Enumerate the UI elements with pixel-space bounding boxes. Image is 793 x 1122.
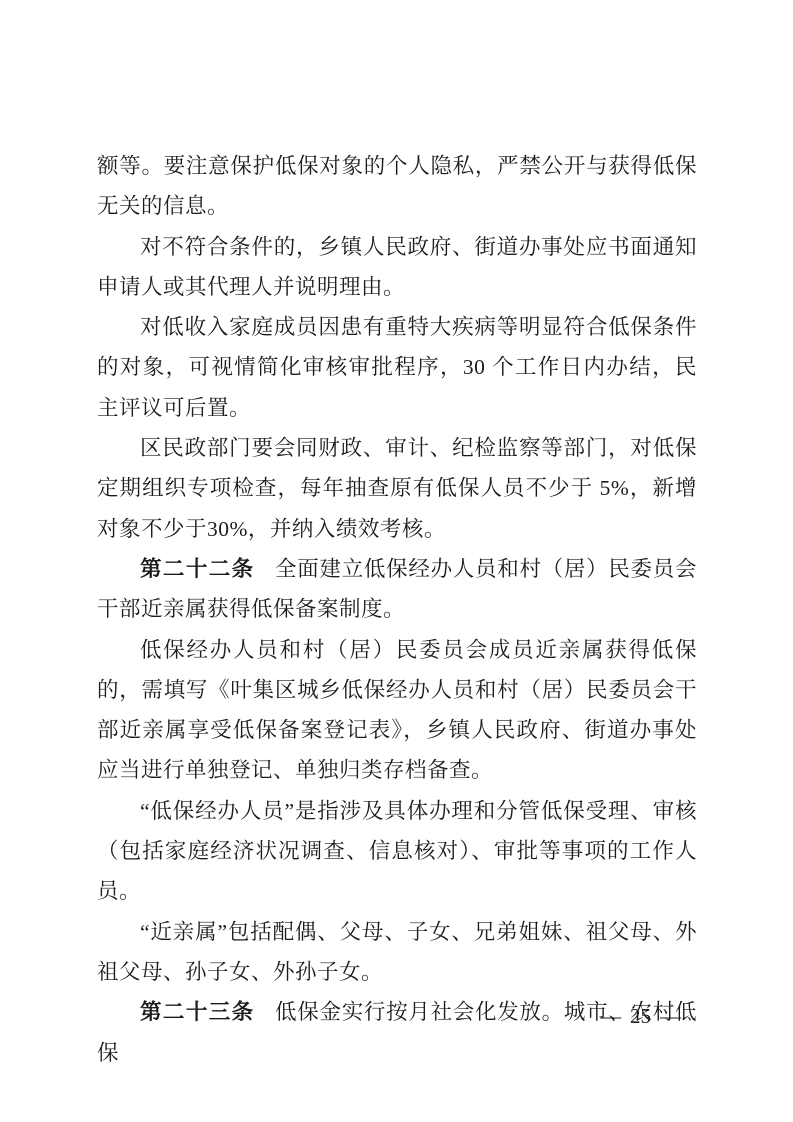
page-number-dash-right: —: [660, 1001, 681, 1031]
paragraph-text: 区民政部门要会同财政、审计、纪检监察等部门，对低保定期组织专项检查，每年抽查原有…: [97, 436, 697, 541]
paragraph-text: “近亲属”包括配偶、父母、子女、兄弟姐妹、祖父母、外祖父母、孙子女、外孙子女。: [97, 920, 697, 984]
paragraph-text: 额等。要注意保护低保对象的个人隐私，严禁公开与获得低保无关的信息。: [97, 154, 697, 218]
paragraph-article-22: 第二十二条全面建立低保经办人员和村（居）民委员会干部近亲属获得低保备案制度。: [97, 549, 697, 630]
page-number-value: 25: [630, 1001, 651, 1031]
article-number-23: 第二十三条: [140, 1000, 255, 1024]
paragraph-continuation: 额等。要注意保护低保对象的个人隐私，严禁公开与获得低保无关的信息。: [97, 146, 697, 227]
page-number: — 25 —: [600, 1001, 681, 1031]
document-body: 额等。要注意保护低保对象的个人隐私，严禁公开与获得低保无关的信息。 对不符合条件…: [97, 146, 697, 1073]
paragraph-text: 对低收入家庭成员因患有重特大疾病等明显符合低保条件的对象，可视情简化审核审批程序…: [97, 315, 697, 420]
document-page: 额等。要注意保护低保对象的个人隐私，严禁公开与获得低保无关的信息。 对不符合条件…: [0, 0, 793, 1122]
page-number-dash-left: —: [600, 1001, 621, 1031]
paragraph: 对不符合条件的，乡镇人民政府、街道办事处应书面通知申请人或其代理人并说明理由。: [97, 227, 697, 308]
paragraph-text: “低保经办人员”是指涉及具体办理和分管低保受理、审核（包括家庭经济状况调查、信息…: [97, 799, 697, 904]
article-number-22: 第二十二条: [140, 557, 255, 581]
paragraph: 对低收入家庭成员因患有重特大疾病等明显符合低保条件的对象，可视情简化审核审批程序…: [97, 307, 697, 428]
paragraph-text: 对不符合条件的，乡镇人民政府、街道办事处应书面通知申请人或其代理人并说明理由。: [97, 235, 697, 299]
paragraph: “近亲属”包括配偶、父母、子女、兄弟姐妹、祖父母、外祖父母、孙子女、外孙子女。: [97, 912, 697, 993]
paragraph: 区民政部门要会同财政、审计、纪检监察等部门，对低保定期组织专项检查，每年抽查原有…: [97, 428, 697, 549]
paragraph: “低保经办人员”是指涉及具体办理和分管低保受理、审核（包括家庭经济状况调查、信息…: [97, 791, 697, 912]
paragraph-text: 低保经办人员和村（居）民委员会成员近亲属获得低保的，需填写《叶集区城乡低保经办人…: [97, 638, 697, 783]
paragraph: 低保经办人员和村（居）民委员会成员近亲属获得低保的，需填写《叶集区城乡低保经办人…: [97, 630, 697, 791]
